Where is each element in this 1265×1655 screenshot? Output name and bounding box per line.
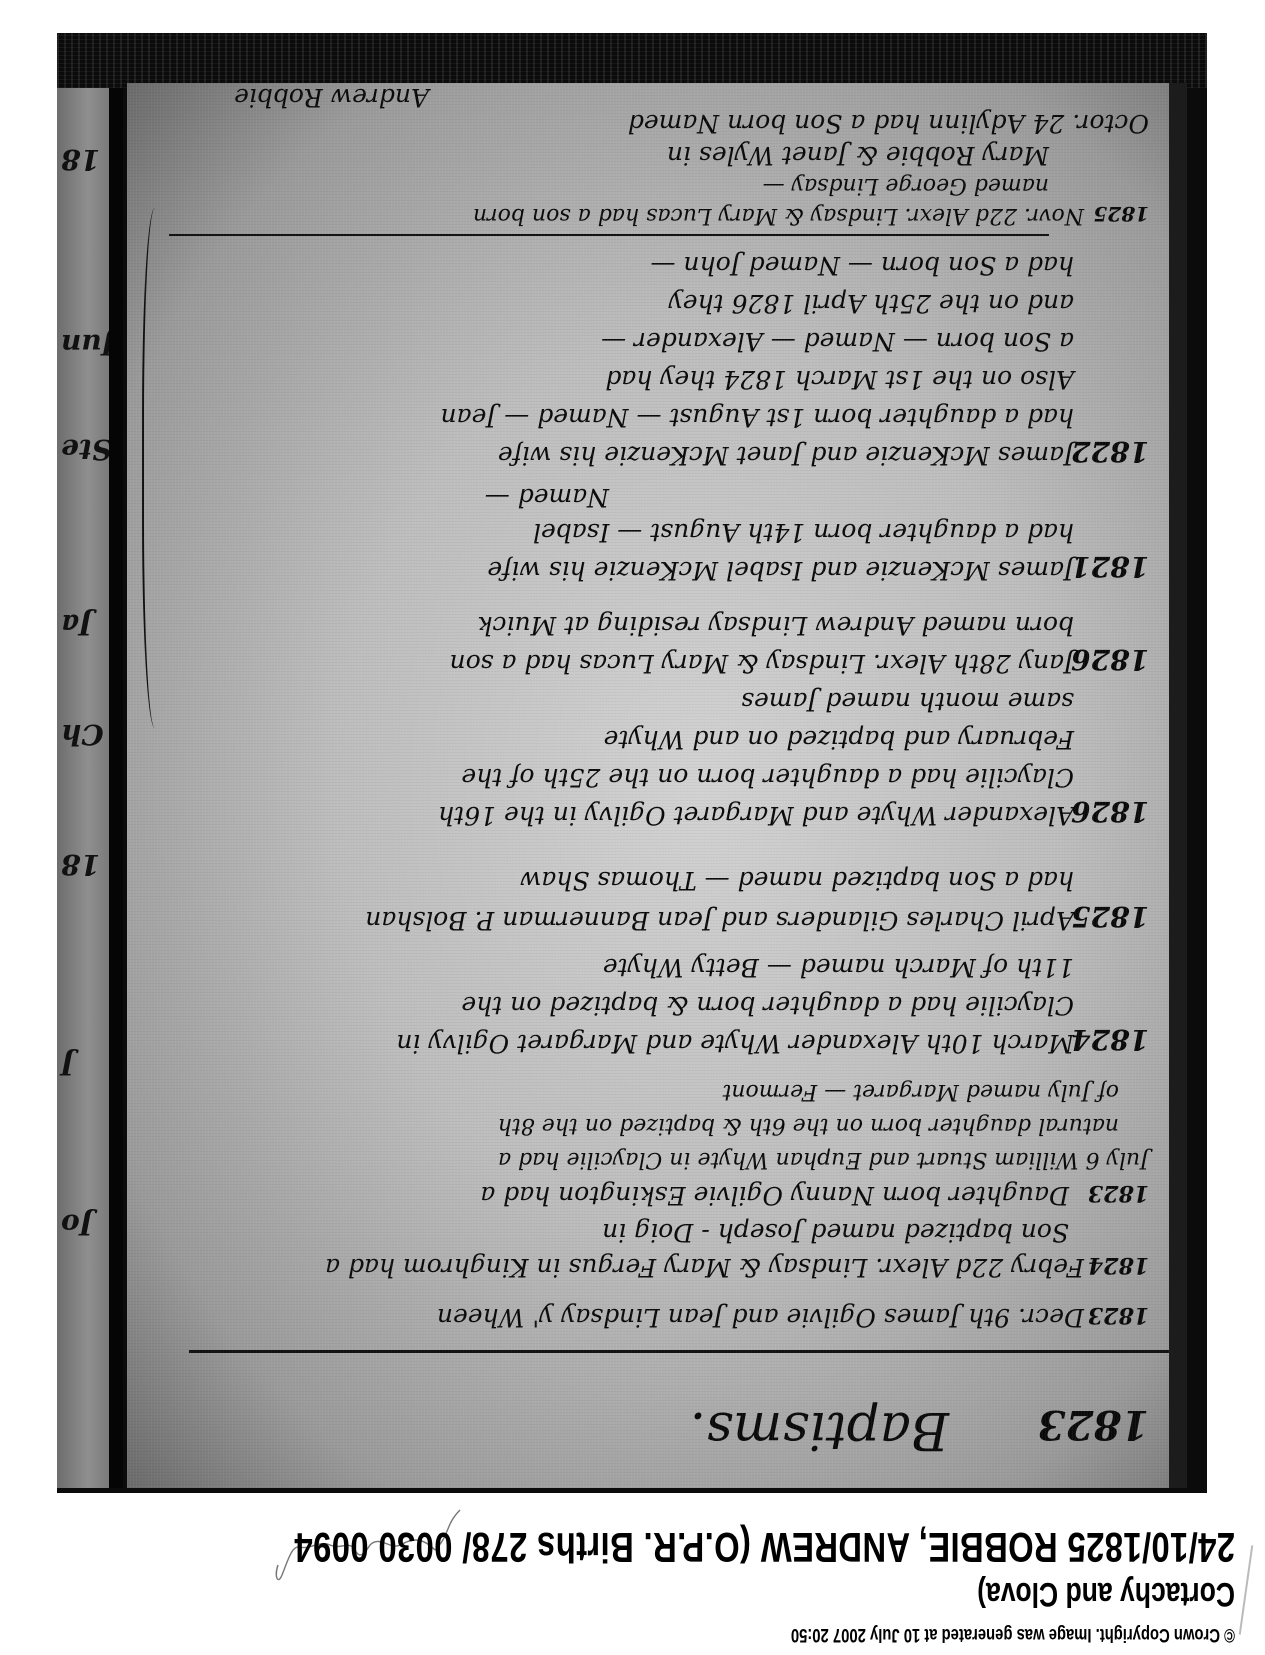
register-page: 1823 Baptisms. 1823 Decr. 9th James Ogil… [127, 83, 1187, 1488]
adjacent-page-fragment: Jun [61, 328, 115, 361]
adjacent-page-fragment: Ch [61, 718, 104, 751]
adjacent-page-fragment: Jo [61, 1208, 93, 1241]
adjacent-page-fragment: 18 [61, 848, 100, 881]
record-caption: 24/10/1825 ROBBIE, ANDREW (O.P.R. Births… [0, 1500, 1265, 1655]
copyright-notice: © Crown Copyright. Image was generated a… [791, 1623, 1235, 1645]
adjacent-page-fragment: J [61, 1048, 74, 1081]
adjacent-page-fragment: 18 [61, 143, 100, 176]
adjacent-page-fragment: Ja [61, 608, 92, 641]
binding-gutter [109, 88, 123, 1488]
record-title: 24/10/1825 ROBBIE, ANDREW (O.P.R. Births… [294, 1523, 1235, 1571]
adjacent-page-fragment: Ste [61, 433, 112, 466]
scanned-register-image: 18 Jun Ste Ja Ch 18 J Jo 1823 Baptisms. … [57, 33, 1207, 1493]
parish-name: Cortachy and Clova) [977, 1574, 1235, 1613]
upside-down-content-top: 1827 July 19th Mary Robbie & Janet Wyles… [127, 83, 1169, 1488]
adjacent-page-strip: 18 Jun Ste Ja Ch 18 J Jo [57, 88, 109, 1488]
